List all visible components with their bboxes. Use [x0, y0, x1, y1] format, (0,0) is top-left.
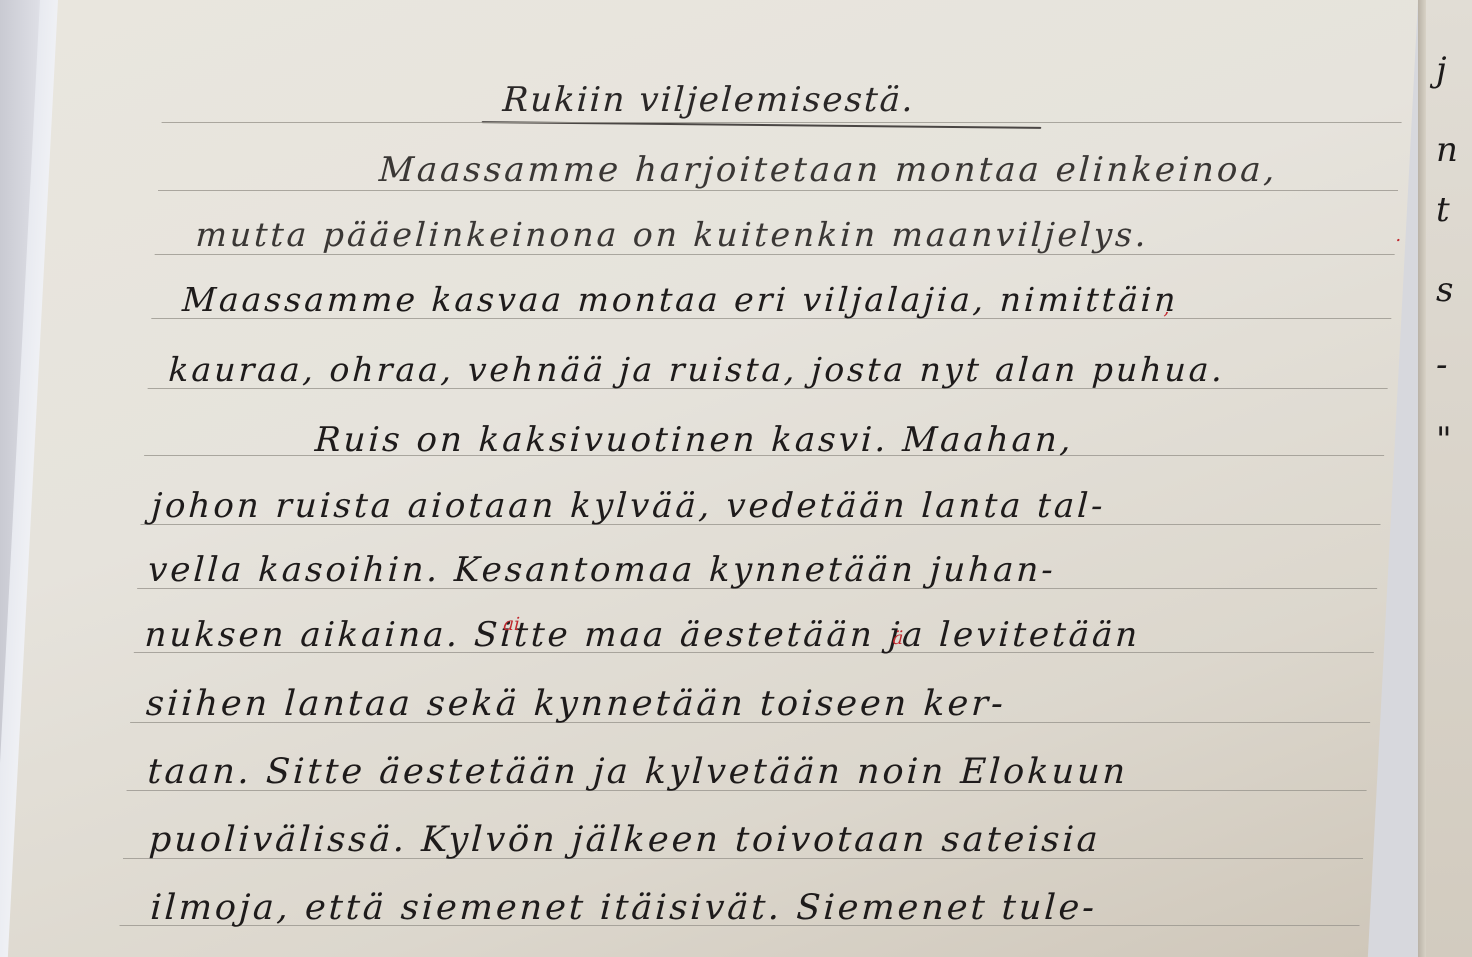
notebook-gutter: [1418, 0, 1426, 957]
notebook-page: Rukiin viljelemisestä. Maassamme harjoit…: [8, 0, 1418, 957]
facing-page-fragment: j: [1436, 50, 1447, 90]
handwritten-line-9: siihen lantaa sekä kynnetään toiseen ker…: [145, 684, 1007, 724]
facing-page-fragment: s: [1436, 270, 1453, 310]
facing-page-fragment: n: [1436, 130, 1458, 170]
facing-page-fragment: t: [1436, 190, 1450, 230]
handwritten-line-12: ilmoja, että siemenet itäisivät. Siemene…: [149, 888, 1098, 928]
facing-page-fragment: -: [1436, 345, 1448, 385]
red-correction-umlaut: ä: [892, 628, 904, 649]
handwritten-line-4: kauraa, ohraa, vehnää ja ruista, josta n…: [168, 350, 1226, 389]
facing-page-fragment: ": [1436, 420, 1452, 460]
page-title: Rukiin viljelemisestä.: [502, 80, 916, 120]
facing-page: j n t s - ": [1426, 0, 1472, 957]
red-correction-comma: ,: [1163, 298, 1170, 319]
ruled-line: [155, 254, 1395, 255]
ruled-line: [162, 122, 1402, 123]
handwritten-line-10: taan. Sitte äestetään ja kylvetään noin …: [146, 752, 1129, 792]
handwritten-line-6: johon ruista aiotaan kylvää, vedetään la…: [150, 486, 1106, 526]
ruled-line: [158, 190, 1398, 191]
handwritten-line-2: mutta pääelinkeinona on kuitenkin maanvi…: [195, 215, 1150, 254]
red-correction-period: .: [1395, 225, 1402, 246]
handwritten-line-11: puolivälissä. Kylvön jälkeen toivotaan s…: [148, 820, 1102, 860]
handwritten-line-3: Maassamme kasvaa montaa eri viljalajia, …: [181, 280, 1179, 319]
handwritten-line-7: vella kasoihin. Kesantomaa kynnetään juh…: [147, 550, 1057, 590]
handwritten-line-5: Ruis on kaksivuotinen kasvi. Maahan,: [314, 420, 1075, 460]
red-correction-ai: ai: [503, 614, 521, 635]
handwritten-line-8: nuksen aikaina. Sitte maa äestetään ja l…: [144, 615, 1142, 655]
handwritten-line-1: Maassamme harjoitetaan montaa elinkeinoa…: [378, 150, 1278, 190]
